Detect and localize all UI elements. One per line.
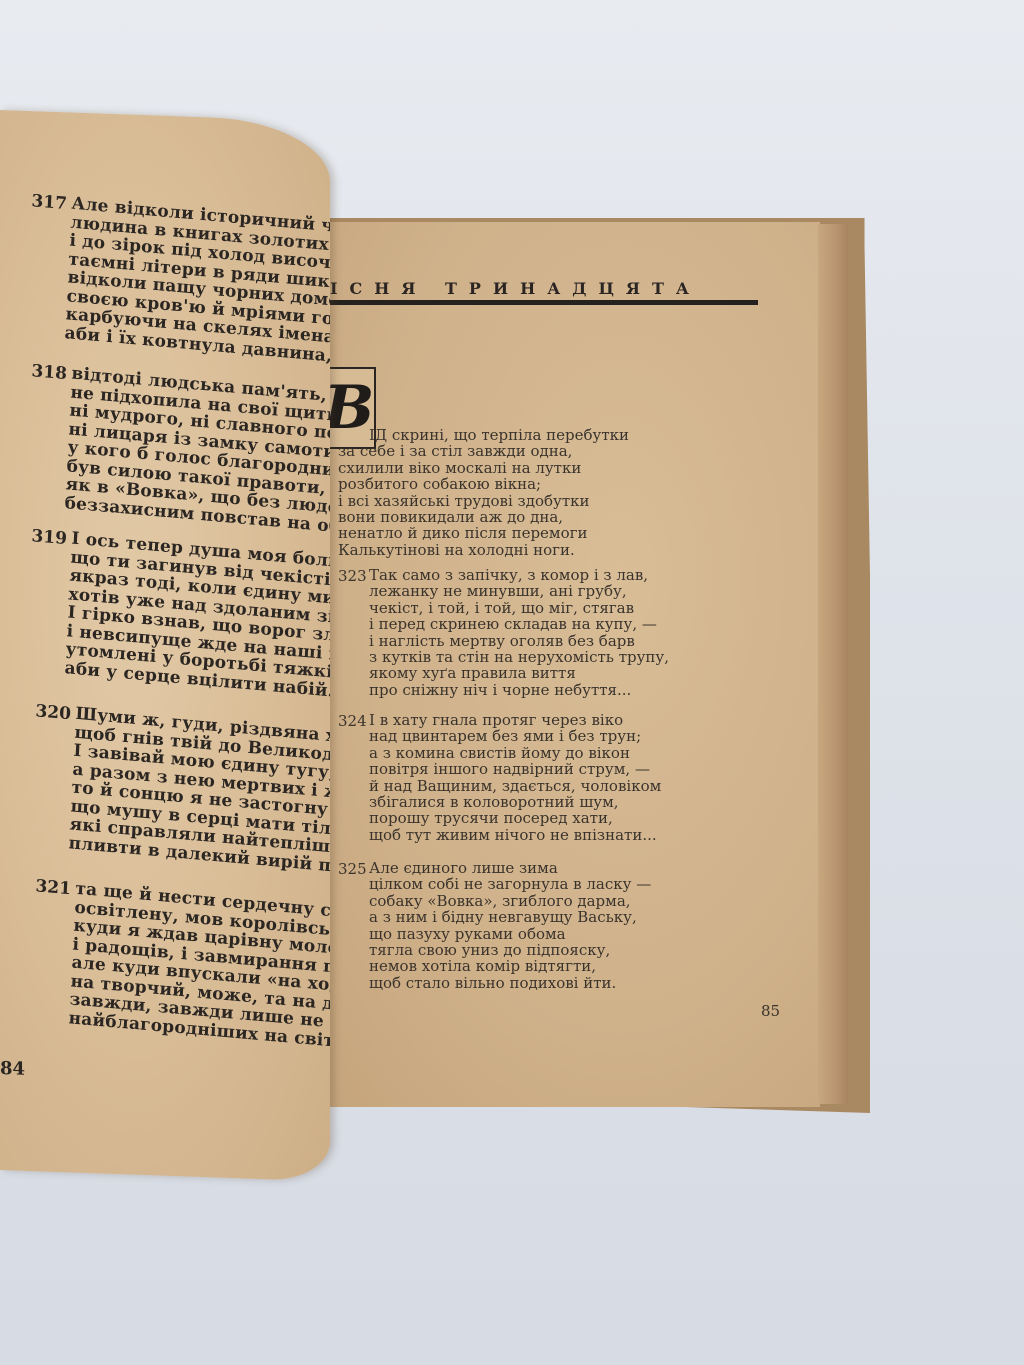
stanza-319: 319 І ось тепер душа моя болить, що ти з… bbox=[24, 526, 330, 711]
verse-line: що пазуху руками обома bbox=[369, 926, 651, 942]
verse-line: щоб стало вільно подихові йти. bbox=[369, 975, 651, 991]
verse-line: Так само з запічку, з комор і з лав, bbox=[369, 567, 669, 583]
stanza-323: 323 Так само з запічку, з комор і з лав,… bbox=[338, 567, 669, 698]
verse-line: ненатло й дико після перемоги bbox=[338, 525, 629, 541]
verse-line: повітря іншого надвірний струм, — bbox=[369, 761, 661, 777]
verse-line: з кутків та стін на нерухомість трупу, bbox=[369, 649, 669, 665]
drop-cap-ornament: В bbox=[322, 367, 376, 449]
verse-line: порошу трусячи посеред хати, bbox=[369, 810, 661, 826]
stanza-number: 318 bbox=[31, 361, 67, 384]
page-stack-edge bbox=[818, 224, 848, 1104]
verse-line: немов хотіла комір відтягти, bbox=[369, 958, 651, 974]
stanza-number: 317 bbox=[31, 191, 67, 214]
page-number-left: 84 bbox=[0, 1058, 25, 1080]
chapter-rule-divider bbox=[322, 300, 758, 305]
verse-line: за себе і за стіл завжди одна, bbox=[338, 443, 629, 459]
verse-line: вони повикидали аж до дна, bbox=[338, 509, 629, 525]
left-page: 317 Але відколи історичний чин людина в … bbox=[0, 110, 330, 1182]
stanza-324: 324 І в хату гнала протяг через віко над… bbox=[338, 712, 661, 843]
stanza-321: 321 та ще й нести сердечну самоту, освіт… bbox=[28, 876, 330, 1061]
stanza-number: 321 bbox=[35, 876, 71, 899]
verse-line: а з ним і бідну невгавущу Ваську, bbox=[369, 909, 651, 925]
verse-line: про сніжну ніч і чорне небуття... bbox=[369, 682, 669, 698]
stanza-number: 323 bbox=[338, 567, 367, 585]
stanza-number: 319 bbox=[31, 526, 67, 549]
verse-line: схилили віко москалі на лутки bbox=[338, 460, 629, 476]
verse-line: Але єдиного лише зима bbox=[369, 860, 651, 876]
stanza-number: 324 bbox=[338, 712, 367, 730]
verse-line: цілком собі не загорнула в ласку — bbox=[369, 876, 651, 892]
verse-line: і всі хазяйські трудові здобутки bbox=[338, 493, 629, 509]
stanza-325: 325 Але єдиного лише зима цілком собі не… bbox=[338, 860, 651, 991]
verse-line: збігалися в коловоротний шум, bbox=[369, 794, 661, 810]
verse-line: тягла свою униз до підпояску, bbox=[369, 942, 651, 958]
chapter-title: ІСНЯ ТРИНАДЦЯТА bbox=[330, 279, 758, 298]
verse-line: Калькутінові на холодні ноги. bbox=[338, 542, 629, 558]
verse-line: якому хуґа правила виття bbox=[369, 665, 669, 681]
verse-line: розбитого собакою вікна; bbox=[338, 476, 629, 492]
verse-line: а з комина свистів йому до вікон bbox=[369, 745, 661, 761]
page-number-right: 85 bbox=[761, 1002, 780, 1020]
opening-stanza: ІД скрині, що терпіла перебутки за себе … bbox=[369, 427, 629, 558]
verse-line: щоб тут живим нічого не впізнати... bbox=[369, 827, 661, 843]
verse-line: І в хату гнала протяг через віко bbox=[369, 712, 661, 728]
verse-line: над цвинтарем без ями і без трун; bbox=[369, 728, 661, 744]
drop-cap-letter: В bbox=[324, 373, 375, 443]
verse-line: ІД скрині, що терпіла перебутки bbox=[369, 427, 629, 443]
verse-line: і наглість мертву оголяв без барв bbox=[369, 633, 669, 649]
verse-line: чекіст, і той, і той, що міг, стягав bbox=[369, 600, 669, 616]
stanza-317: 317 Але відколи історичний чин людина в … bbox=[24, 191, 330, 371]
stanza-number: 325 bbox=[338, 860, 367, 878]
stanza-320: 320 Шуми ж, гуди, різдвяна хуго з луг, щ… bbox=[28, 701, 330, 886]
verse-line: лежанку не минувши, ані грубу, bbox=[369, 583, 669, 599]
stanza-number: 320 bbox=[35, 701, 71, 724]
stanza-318: 318 відтоді людська пам'ять, часом стерт… bbox=[24, 361, 330, 548]
verse-line: і перед скринею складав на купу, — bbox=[369, 616, 669, 632]
verse-line: собаку «Вовка», згиблого дарма, bbox=[369, 893, 651, 909]
verse-line: й над Ващиним, здається, чоловіком bbox=[369, 778, 661, 794]
